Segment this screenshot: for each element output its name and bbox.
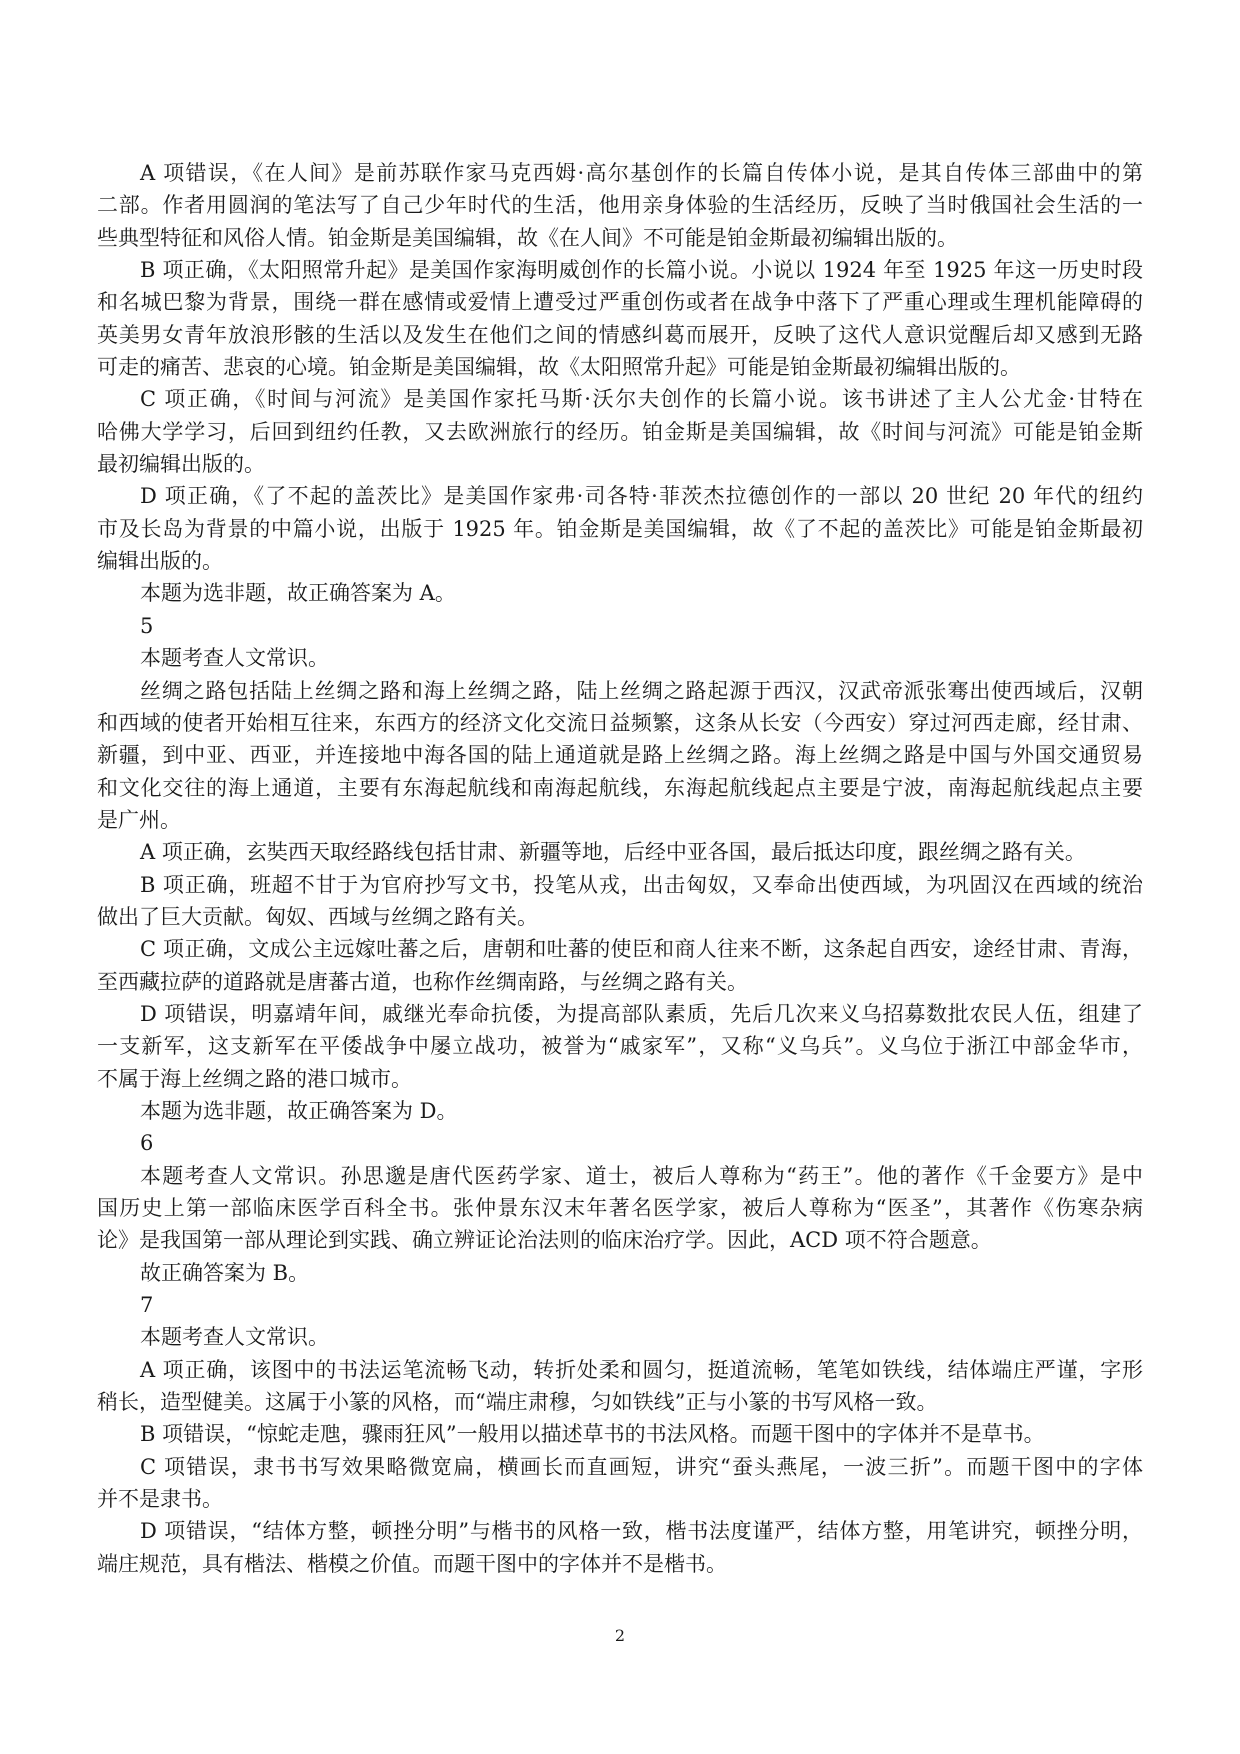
text-line: 和名城巴黎为背景，围绕一群在感情或爱情上遭受过严重创伤或者在战争中落下了严重心理… <box>97 286 1143 318</box>
text-line: 编辑出版的。 <box>97 545 1143 577</box>
text-line: 论》是我国第一部从理论到实践、确立辨证论治法则的临床治疗学。因此，ACD 项不符… <box>97 1224 1143 1256</box>
text-line: 本题考查人文常识。孙思邈是唐代医药学家、道士，被后人尊称为“药王”。他的著作《千… <box>97 1160 1143 1192</box>
text-line: A 项正确，该图中的书法运笔流畅飞动，转折处柔和圆匀，挺道流畅，笔笔如铁线，结体… <box>97 1354 1143 1386</box>
text-line: 本题考查人文常识。 <box>97 1321 1143 1353</box>
text-line: 市及长岛为背景的中篇小说，出版于 1925 年。铂金斯是美国编辑，故《了不起的盖… <box>97 513 1143 545</box>
text-line: B 项错误，“惊蛇走虺，骤雨狂风”一般用以描述草书的书法风格。而题干图中的字体并… <box>97 1418 1143 1450</box>
text-line: 英美男女青年放浪形骸的生活以及发生在他们之间的情感纠葛而展开，反映了这代人意识觉… <box>97 319 1143 351</box>
page-number: 2 <box>0 1626 1240 1645</box>
document-body: A 项错误，《在人间》是前苏联作家马克西姆·高尔基创作的长篇自传体小说，是其自传… <box>97 157 1143 1580</box>
text-line: A 项错误，《在人间》是前苏联作家马克西姆·高尔基创作的长篇自传体小说，是其自传… <box>97 157 1143 189</box>
text-line: 6 <box>97 1127 1143 1159</box>
text-line: 本题为选非题，故正确答案为 A。 <box>97 577 1143 609</box>
text-line: 稍长，造型健美。这属于小篆的风格，而“端庄肃穆，匀如铁线”正与小篆的书写风格一致… <box>97 1386 1143 1418</box>
text-line: 至西藏拉萨的道路就是唐蕃古道，也称作丝绸南路，与丝绸之路有关。 <box>97 966 1143 998</box>
text-line: 本题为选非题，故正确答案为 D。 <box>97 1095 1143 1127</box>
text-line: C 项错误，隶书书写效果略微宽扁，横画长而直画短，讲究“蚕头燕尾，一波三折”。而… <box>97 1451 1143 1483</box>
text-line: 5 <box>97 610 1143 642</box>
text-line: 故正确答案为 B。 <box>97 1257 1143 1289</box>
text-line: 并不是隶书。 <box>97 1483 1143 1515</box>
text-line: A 项正确，玄奘西天取经路线包括甘肃、新疆等地，后经中亚各国，最后抵达印度，跟丝… <box>97 836 1143 868</box>
text-line: 二部。作者用圆润的笔法写了自己少年时代的生活，他用亲身体验的生活经历，反映了当时… <box>97 189 1143 221</box>
text-line: D 项错误，“结体方整，顿挫分明”与楷书的风格一致，楷书法度谨严，结体方整，用笔… <box>97 1515 1143 1547</box>
text-line: 哈佛大学学习，后回到纽约任教，又去欧洲旅行的经历。铂金斯是美国编辑，故《时间与河… <box>97 416 1143 448</box>
text-line: D 项错误，明嘉靖年间，戚继光奉命抗倭，为提高部队素质，先后几次来义乌招募数批农… <box>97 998 1143 1030</box>
text-line: B 项正确，《太阳照常升起》是美国作家海明威创作的长篇小说。小说以 1924 年… <box>97 254 1143 286</box>
text-line: 些典型特征和风俗人情。铂金斯是美国编辑，故《在人间》不可能是铂金斯最初编辑出版的… <box>97 222 1143 254</box>
text-line: 可走的痛苦、悲哀的心境。铂金斯是美国编辑，故《太阳照常升起》可能是铂金斯最初编辑… <box>97 351 1143 383</box>
text-line: 最初编辑出版的。 <box>97 448 1143 480</box>
text-line: 7 <box>97 1289 1143 1321</box>
text-line: 不属于海上丝绸之路的港口城市。 <box>97 1063 1143 1095</box>
text-line: C 项正确，《时间与河流》是美国作家托马斯·沃尔夫创作的长篇小说。该书讲述了主人… <box>97 383 1143 415</box>
text-line: 新疆，到中亚、西亚，并连接地中海各国的陆上通道就是路上丝绸之路。海上丝绸之路是中… <box>97 739 1143 771</box>
document-page: A 项错误，《在人间》是前苏联作家马克西姆·高尔基创作的长篇自传体小说，是其自传… <box>0 0 1240 1754</box>
text-line: 本题考查人文常识。 <box>97 642 1143 674</box>
text-line: B 项正确，班超不甘于为官府抄写文书，投笔从戎，出击匈奴，又奉命出使西域，为巩固… <box>97 869 1143 901</box>
text-line: 国历史上第一部临床医学百科全书。张仲景东汉末年著名医学家，被后人尊称为“医圣”，… <box>97 1192 1143 1224</box>
text-line: D 项正确，《了不起的盖茨比》是美国作家弗·司各特·菲茨杰拉德创作的一部以 20… <box>97 480 1143 512</box>
text-line: 做出了巨大贡献。匈奴、西域与丝绸之路有关。 <box>97 901 1143 933</box>
text-line: 是广州。 <box>97 804 1143 836</box>
text-line: 和文化交往的海上通道，主要有东海起航线和南海起航线，东海起航线起点主要是宁波，南… <box>97 772 1143 804</box>
text-line: 端庄规范，具有楷法、楷模之价值。而题干图中的字体并不是楷书。 <box>97 1548 1143 1580</box>
text-line: 和西域的使者开始相互往来，东西方的经济文化交流日益频繁，这条从长安（今西安）穿过… <box>97 707 1143 739</box>
text-line: 一支新军，这支新军在平倭战争中屡立战功，被誉为“戚家军”，又称“义乌兵”。义乌位… <box>97 1030 1143 1062</box>
text-line: 丝绸之路包括陆上丝绸之路和海上丝绸之路，陆上丝绸之路起源于西汉，汉武帝派张骞出使… <box>97 675 1143 707</box>
text-line: C 项正确，文成公主远嫁吐蕃之后，唐朝和吐蕃的使臣和商人往来不断，这条起自西安，… <box>97 933 1143 965</box>
